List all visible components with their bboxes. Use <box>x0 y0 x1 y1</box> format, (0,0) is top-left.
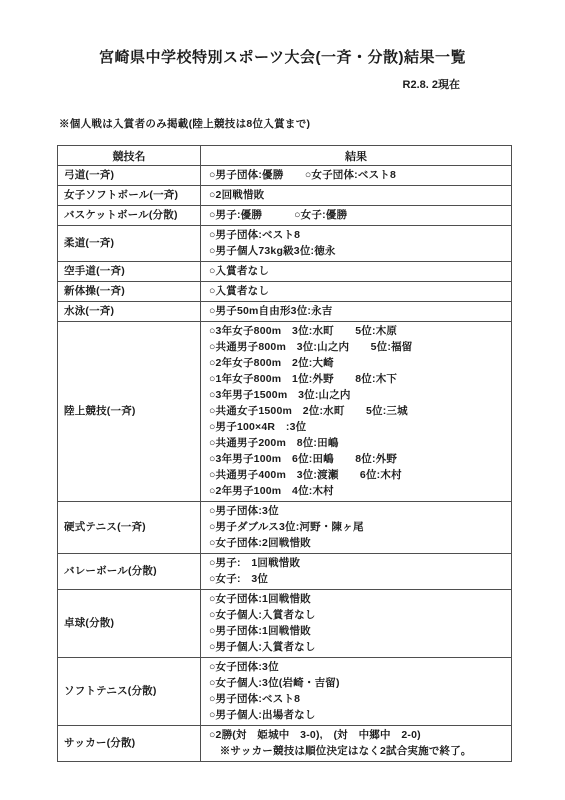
sport-cell: 水泳(一斉) <box>58 302 201 322</box>
table-header-row: 競技名 結果 <box>58 146 512 166</box>
column-header-sport: 競技名 <box>58 146 201 166</box>
result-line: ○2勝(対 姫城中 3-0), (対 中郷中 2-0) <box>209 727 507 743</box>
result-line: ○共通男子400m 3位:渡瀬 6位:木村 <box>209 467 507 483</box>
result-line: ○女子: 3位 <box>209 571 507 587</box>
sport-cell: 女子ソフトボール(一斉) <box>58 186 201 206</box>
table-row: 女子ソフトボール(一斉)○2回戦惜敗 <box>58 186 512 206</box>
document-page: { "page": { "title": "宮崎県中学校特別スポーツ大会(一斉・… <box>0 0 565 800</box>
result-line: ○男子団体:優勝 ○女子団体:ベスト8 <box>209 167 507 183</box>
result-line: ○男子ダブルス3位:河野・陳ヶ尾 <box>209 519 507 535</box>
table-row: 新体操(一斉)○入賞者なし <box>58 282 512 302</box>
result-line: ○1年女子800m 1位:外野 8位:木下 <box>209 371 507 387</box>
result-line: ○女子団体:2回戦惜敗 <box>209 535 507 551</box>
result-cell: ○3年女子800m 3位:水町 5位:木原○共通男子800m 3位:山之内 5位… <box>201 322 512 502</box>
result-line: ○男子個人:入賞者なし <box>209 639 507 655</box>
table-row: 水泳(一斉)○男子50m自由形3位:永吉 <box>58 302 512 322</box>
table-row: 空手道(一斉)○入賞者なし <box>58 262 512 282</box>
result-line: ○入賞者なし <box>209 263 507 279</box>
result-line: ○共通男子800m 3位:山之内 5位:福留 <box>209 339 507 355</box>
result-line: ○3年男子100m 6位:田嶋 8位:外野 <box>209 451 507 467</box>
sport-cell: 柔道(一斉) <box>58 226 201 262</box>
result-line: ○女子団体:1回戦惜敗 <box>209 591 507 607</box>
legend-note: ※個人戦は入賞者のみ掲載(陸上競技は8位入賞まで) <box>59 117 565 131</box>
date-note: R2.8. 2現在 <box>0 78 565 92</box>
result-cell: ○男子団体:ベスト8○男子個人73kg級3位:徳永 <box>201 226 512 262</box>
result-cell: ○2回戦惜敗 <box>201 186 512 206</box>
result-line: ○女子個人:入賞者なし <box>209 607 507 623</box>
table-row: 硬式テニス(一斉)○男子団体:3位○男子ダブルス3位:河野・陳ヶ尾○女子団体:2… <box>58 502 512 554</box>
sport-cell: 空手道(一斉) <box>58 262 201 282</box>
sport-cell: 卓球(分散) <box>58 590 201 658</box>
results-table-body: 弓道(一斉)○男子団体:優勝 ○女子団体:ベスト8女子ソフトボール(一斉)○2回… <box>58 166 512 762</box>
table-row: ソフトテニス(分散)○女子団体:3位○女子個人:3位(岩崎・吉留)○男子団体:ベ… <box>58 658 512 726</box>
results-table: 競技名 結果 弓道(一斉)○男子団体:優勝 ○女子団体:ベスト8女子ソフトボール… <box>57 145 512 762</box>
result-line: ○男子50m自由形3位:永吉 <box>209 303 507 319</box>
result-line: ○女子個人:3位(岩崎・吉留) <box>209 675 507 691</box>
result-line: ○3年女子800m 3位:水町 5位:木原 <box>209 323 507 339</box>
table-row: バレーボール(分散)○男子: 1回戦惜敗○女子: 3位 <box>58 554 512 590</box>
result-line: ○男子: 1回戦惜敗 <box>209 555 507 571</box>
result-cell: ○女子団体:1回戦惜敗○女子個人:入賞者なし○男子団体:1回戦惜敗○男子個人:入… <box>201 590 512 658</box>
result-cell: ○男子: 1回戦惜敗○女子: 3位 <box>201 554 512 590</box>
table-row: 弓道(一斉)○男子団体:優勝 ○女子団体:ベスト8 <box>58 166 512 186</box>
result-line: ※サッカー競技は順位決定はなく2試合実施で終了。 <box>209 743 507 759</box>
result-cell: ○男子団体:優勝 ○女子団体:ベスト8 <box>201 166 512 186</box>
result-line: ○女子団体:3位 <box>209 659 507 675</box>
sport-cell: バレーボール(分散) <box>58 554 201 590</box>
sport-cell: サッカー(分散) <box>58 726 201 762</box>
result-line: ○男子団体:ベスト8 <box>209 691 507 707</box>
result-line: ○男子100×4R :3位 <box>209 419 507 435</box>
result-cell: ○男子:優勝 ○女子:優勝 <box>201 206 512 226</box>
result-line: ○2年女子800m 2位:大崎 <box>209 355 507 371</box>
result-cell: ○女子団体:3位○女子個人:3位(岩崎・吉留)○男子団体:ベスト8○男子個人:出… <box>201 658 512 726</box>
table-row: サッカー(分散)○2勝(対 姫城中 3-0), (対 中郷中 2-0) ※サッカ… <box>58 726 512 762</box>
page-title: 宮崎県中学校特別スポーツ大会(一斉・分散)結果一覧 <box>0 0 565 68</box>
result-line: ○男子団体:ベスト8 <box>209 227 507 243</box>
result-line: ○男子団体:1回戦惜敗 <box>209 623 507 639</box>
sport-cell: 弓道(一斉) <box>58 166 201 186</box>
sport-cell: バスケットボール(分散) <box>58 206 201 226</box>
result-line: ○3年男子1500m 3位:山之内 <box>209 387 507 403</box>
sport-cell: 新体操(一斉) <box>58 282 201 302</box>
sport-cell: 陸上競技(一斉) <box>58 322 201 502</box>
result-cell: ○入賞者なし <box>201 262 512 282</box>
sport-cell: ソフトテニス(分散) <box>58 658 201 726</box>
table-row: 陸上競技(一斉)○3年女子800m 3位:水町 5位:木原○共通男子800m 3… <box>58 322 512 502</box>
result-line: ○共通女子1500m 2位:水町 5位:三城 <box>209 403 507 419</box>
result-cell: ○男子団体:3位○男子ダブルス3位:河野・陳ヶ尾○女子団体:2回戦惜敗 <box>201 502 512 554</box>
sport-cell: 硬式テニス(一斉) <box>58 502 201 554</box>
result-line: ○入賞者なし <box>209 283 507 299</box>
table-row: 卓球(分散)○女子団体:1回戦惜敗○女子個人:入賞者なし○男子団体:1回戦惜敗○… <box>58 590 512 658</box>
column-header-result: 結果 <box>201 146 512 166</box>
result-line: ○男子:優勝 ○女子:優勝 <box>209 207 507 223</box>
result-line: ○男子個人:出場者なし <box>209 707 507 723</box>
result-line: ○共通男子200m 8位:田嶋 <box>209 435 507 451</box>
result-line: ○2年男子100m 4位:木村 <box>209 483 507 499</box>
result-line: ○男子団体:3位 <box>209 503 507 519</box>
table-row: バスケットボール(分散)○男子:優勝 ○女子:優勝 <box>58 206 512 226</box>
table-row: 柔道(一斉)○男子団体:ベスト8○男子個人73kg級3位:徳永 <box>58 226 512 262</box>
result-line: ○2回戦惜敗 <box>209 187 507 203</box>
result-cell: ○2勝(対 姫城中 3-0), (対 中郷中 2-0) ※サッカー競技は順位決定… <box>201 726 512 762</box>
result-cell: ○入賞者なし <box>201 282 512 302</box>
result-line: ○男子個人73kg級3位:徳永 <box>209 243 507 259</box>
result-cell: ○男子50m自由形3位:永吉 <box>201 302 512 322</box>
